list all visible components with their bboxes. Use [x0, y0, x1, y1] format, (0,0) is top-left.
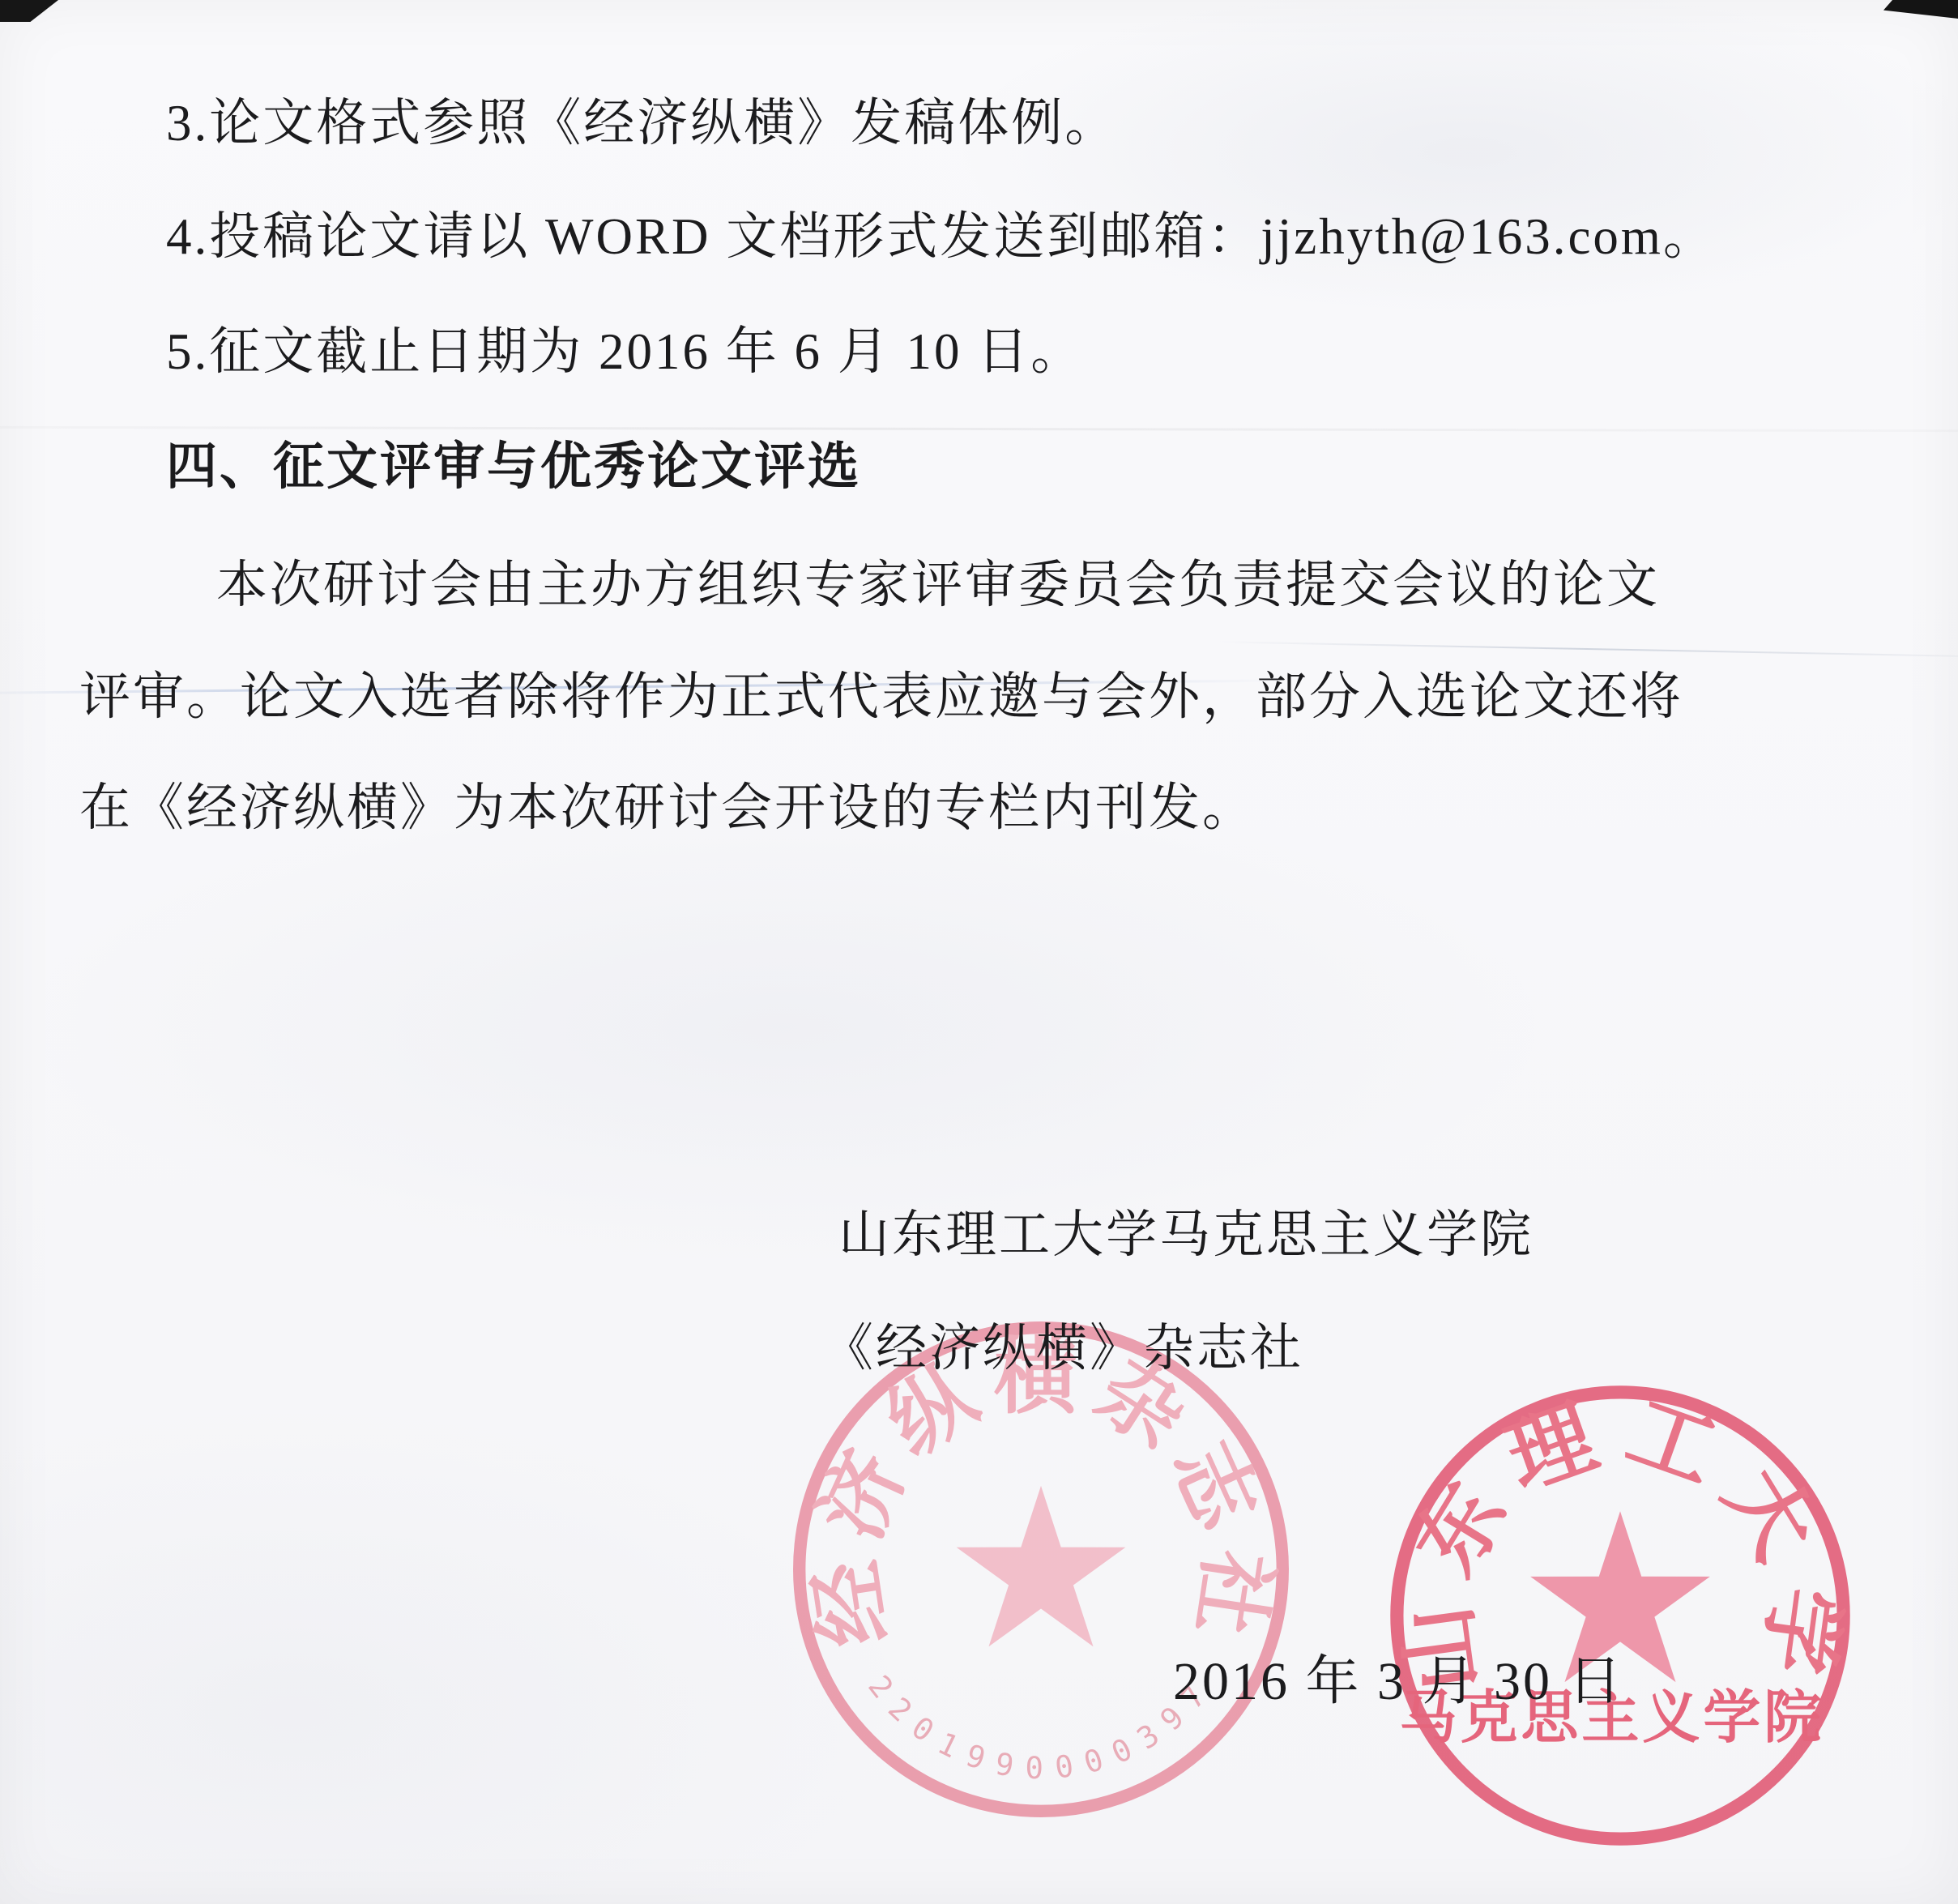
paragraph-line-3: 在《经济纵横》为本次研讨会开设的专栏内刊发。	[79, 780, 1256, 836]
paper-crease-middle-right	[1215, 641, 1958, 657]
seal-serial-number: 2201990000397	[861, 1668, 1221, 1786]
paragraph-line-2: 评审。论文入选者除将作为正式代表应邀与会外，部分入选论文还将	[79, 669, 1683, 725]
scanned-document-page: 经济纵横杂志社 2201990000397 山东理工大学 马克思主义学院 3.论…	[0, 0, 1958, 1904]
list-item-5: 5.征文截止日期为 2016 年 6 月 10 日。	[166, 324, 1084, 380]
university-seal-stamp: 山东理工大学 马克思主义学院	[1374, 1369, 1866, 1862]
paragraph-line-1: 本次研讨会由主办方组织专家评审委员会负责提交会议的论文	[216, 557, 1660, 613]
list-item-3: 3.论文格式参照《经济纵横》发稿体例。	[166, 96, 1118, 152]
section-heading: 四、征文评审与优秀论文评选	[166, 439, 861, 495]
star-icon	[957, 1486, 1126, 1646]
journal-seal-stamp: 经济纵横杂志社 2201990000397	[774, 1303, 1307, 1836]
signature-org-2: 《经济纵横》杂志社	[822, 1321, 1303, 1377]
document-date: 2016 年 3 月 30 日	[1173, 1653, 1624, 1712]
scan-artifact-top-right	[1883, 0, 1958, 19]
paper-crease-upper	[0, 426, 1958, 432]
scan-artifact-top-left	[0, 0, 58, 22]
list-item-4: 4.投稿论文请以 WORD 文档形式发送到邮箱：jjzhyth@163.com。	[166, 209, 1717, 265]
signature-org-1: 山东理工大学马克思主义学院	[838, 1207, 1534, 1263]
